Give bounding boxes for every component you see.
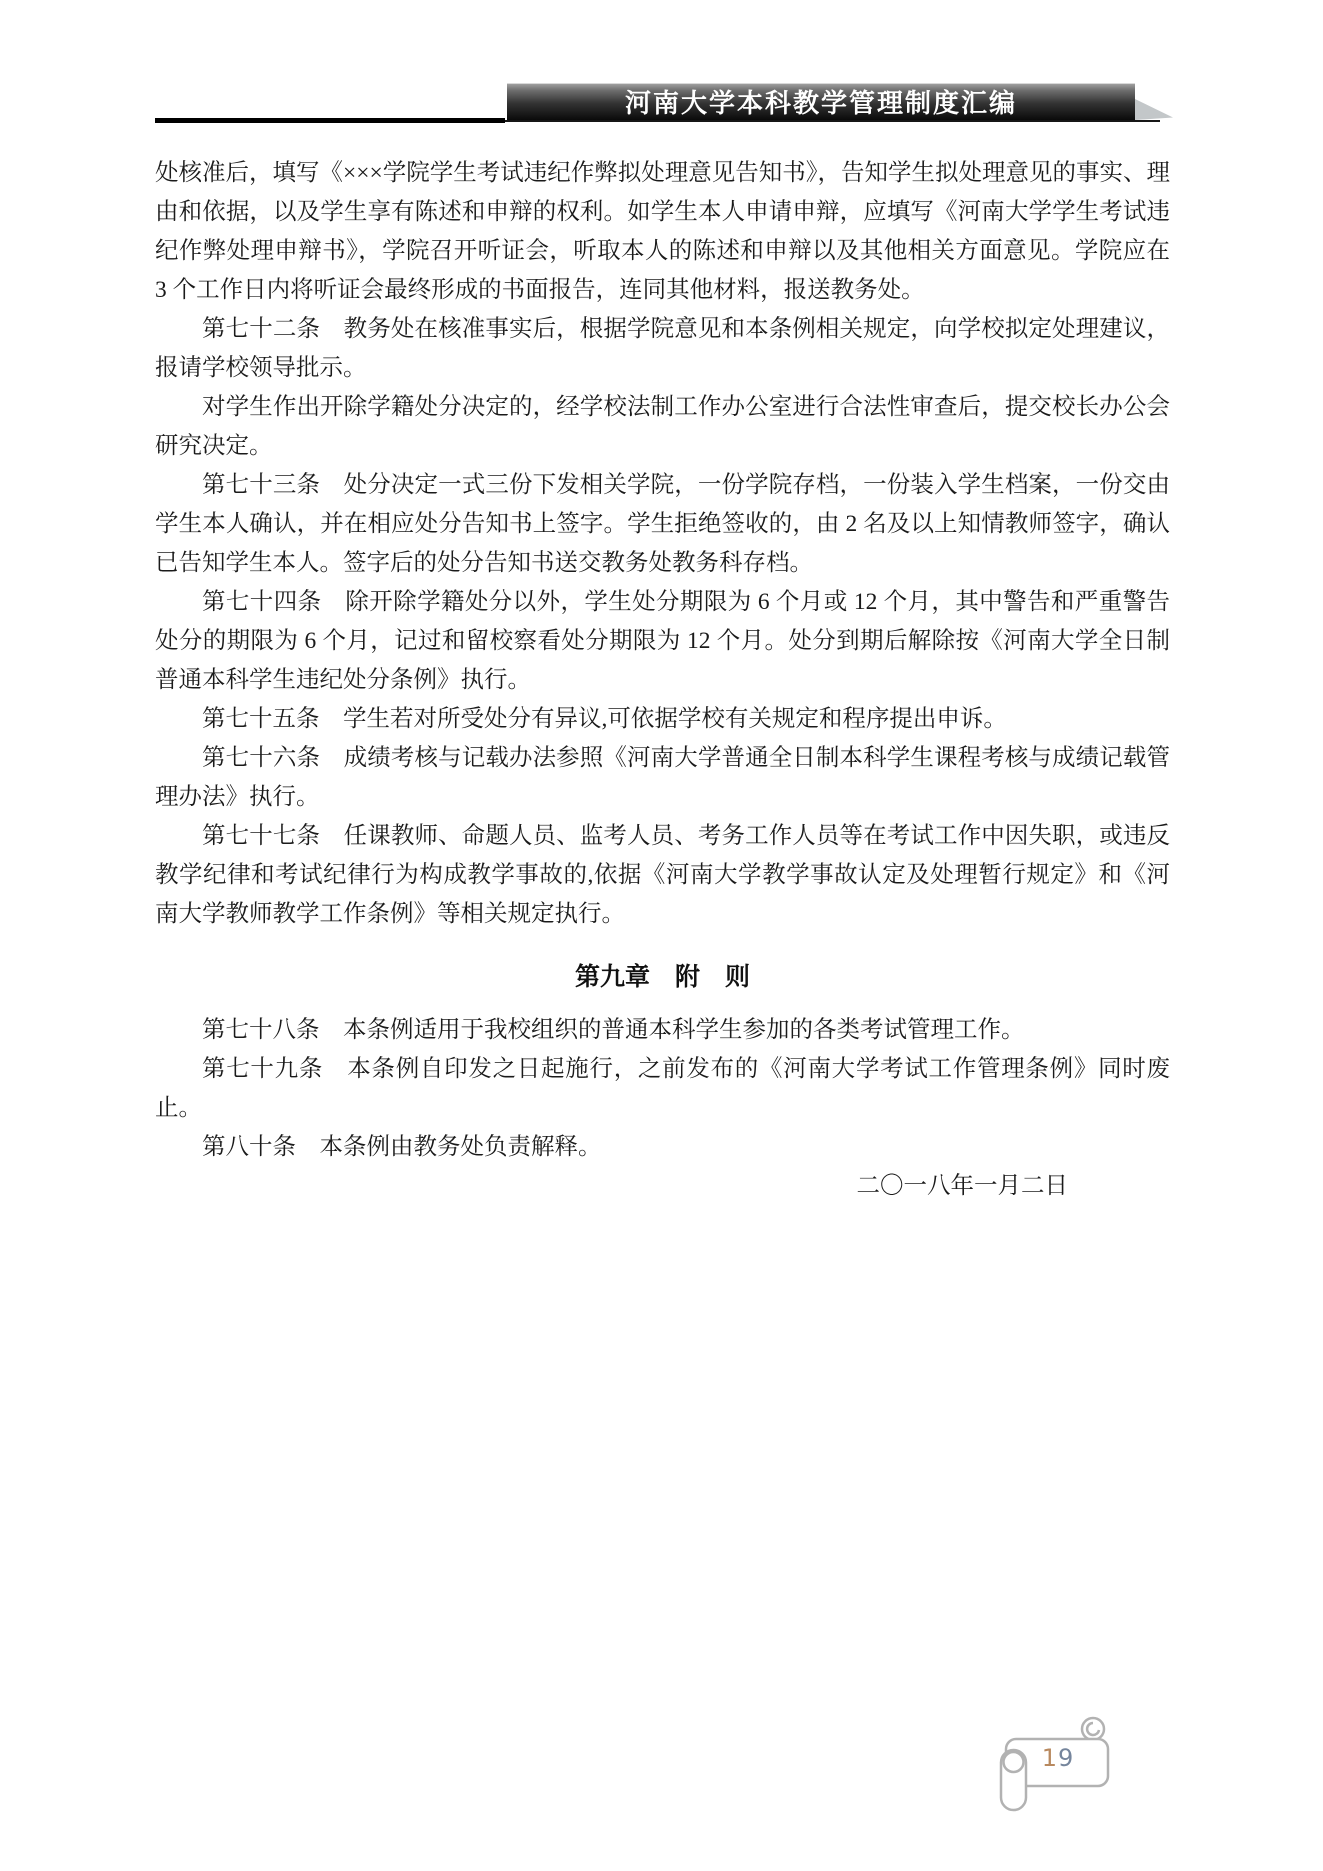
header-banner-title: 河南大学本科教学管理制度汇编: [625, 83, 1017, 120]
date-line: 二〇一八年一月二日: [155, 1167, 1170, 1206]
header-rule-thin: [505, 120, 1160, 122]
article-78-paragraph: 第七十八条 本条例适用于我校组织的普通本科学生参加的各类考试管理工作。: [155, 1011, 1170, 1050]
page-number-scroll: 19: [998, 1712, 1118, 1812]
paragraph: 对学生作出开除学籍处分决定的，经学校法制工作办公室进行合法性审查后，提交校长办公…: [155, 388, 1170, 466]
article-72-paragraph: 第七十二条 教务处在核准事实后，根据学院意见和本条例相关规定，向学校拟定处理建议…: [155, 310, 1170, 388]
article-79-paragraph: 第七十九条 本条例自印发之日起施行，之前发布的《河南大学考试工作管理条例》同时废…: [155, 1050, 1170, 1128]
chapter-heading: 第九章 附 则: [155, 958, 1170, 997]
page-number: 19: [998, 1744, 1118, 1772]
header-rule-thick: [155, 118, 505, 123]
article-74-paragraph: 第七十四条 除开除学籍处分以外，学生处分期限为 6 个月或 12 个月，其中警告…: [155, 583, 1170, 700]
document-body: 处核准后，填写《×××学院学生考试违纪作弊拟处理意见告知书》，告知学生拟处理意见…: [155, 154, 1170, 1206]
header-banner: 河南大学本科教学管理制度汇编: [507, 83, 1135, 120]
article-73-paragraph: 第七十三条 处分决定一式三份下发相关学院，一份学院存档，一份装入学生档案，一份交…: [155, 466, 1170, 583]
paragraph: 处核准后，填写《×××学院学生考试违纪作弊拟处理意见告知书》，告知学生拟处理意见…: [155, 154, 1170, 310]
header-arrow-icon: [1135, 99, 1173, 120]
article-80-paragraph: 第八十条 本条例由教务处负责解释。: [155, 1128, 1170, 1167]
article-77-paragraph: 第七十七条 任课教师、命题人员、监考人员、考务工作人员等在考试工作中因失职，或违…: [155, 817, 1170, 934]
article-76-paragraph: 第七十六条 成绩考核与记载办法参照《河南大学普通全日制本科学生课程考核与成绩记载…: [155, 739, 1170, 817]
article-75-paragraph: 第七十五条 学生若对所受处分有异议,可依据学校有关规定和程序提出申诉。: [155, 700, 1170, 739]
